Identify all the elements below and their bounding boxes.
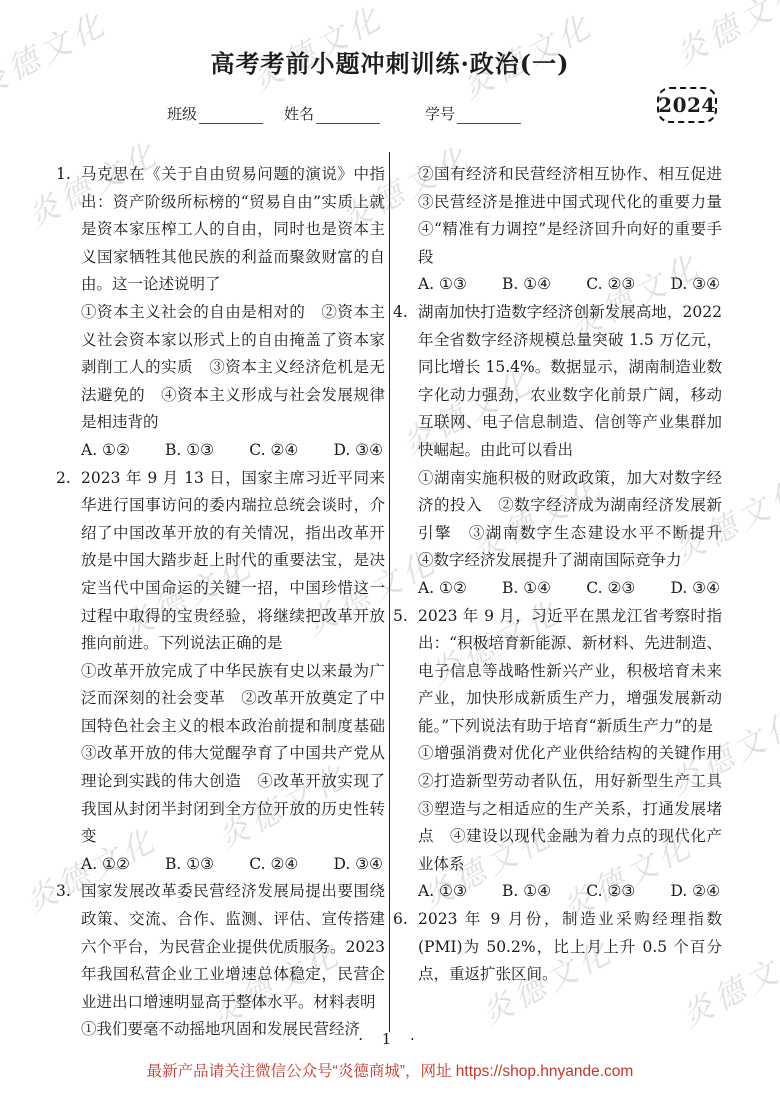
year-badge: 2024 bbox=[657, 87, 717, 123]
question-6-body: 2023 年 9 月份，制造业采购经理指数(PMI)为 50.2%，比上月上升 … bbox=[418, 906, 722, 989]
question-3: 3. 国家发展改革委民营经济发展局提出要围绕政策、交流、合作、监测、评估、宣传搭… bbox=[56, 878, 385, 1044]
question-2-body: 2023 年 9 月 13 日，国家主席习近平同来华进行国事访问的委内瑞拉总统会… bbox=[81, 465, 385, 879]
question-5: 5. 2023 年 9 月，习近平在黑龙江省考察时指出：“积极培育新能源、新材料… bbox=[393, 603, 722, 907]
question-1-body: 马克思在《关于自由贸易问题的演说》中指出：资产阶级所标榜的“贸易自由”实质上就是… bbox=[81, 161, 385, 465]
class-label: 班级 bbox=[167, 103, 197, 124]
question-1-choices: A. ①② B. ①③ C. ②④ D. ③④ bbox=[81, 437, 385, 465]
choice-d: D. ③④ bbox=[333, 437, 383, 465]
question-1-stem: 马克思在《关于自由贸易问题的演说》中指出：资产阶级所标榜的“贸易自由”实质上就是… bbox=[81, 161, 385, 299]
question-2-number: 2. bbox=[56, 465, 71, 493]
choice-d: D. ③④ bbox=[333, 851, 383, 879]
choice-a: A. ①② bbox=[418, 575, 467, 603]
name-blank-line bbox=[316, 105, 380, 124]
choice-c: C. ②④ bbox=[249, 437, 298, 465]
left-column: 1. 马克思在《关于自由贸易问题的演说》中指出：资产阶级所标榜的“贸易自由”实质… bbox=[56, 161, 385, 1044]
question-5-number: 5. bbox=[393, 603, 408, 631]
student-id-field: 学号 bbox=[425, 103, 521, 124]
question-3-choices: A. ①③ B. ①④ C. ②③ D. ③④ bbox=[418, 271, 722, 299]
question-6: 6. 2023 年 9 月份，制造业采购经理指数(PMI)为 50.2%，比上月… bbox=[393, 906, 722, 989]
name-label: 姓名 bbox=[284, 103, 314, 124]
choice-a: A. ①③ bbox=[418, 878, 467, 906]
question-5-body: 2023 年 9 月，习近平在黑龙江省考察时指出：“积极培育新能源、新材料、先进… bbox=[418, 603, 722, 907]
choice-b: B. ①③ bbox=[165, 851, 214, 879]
question-1-items: ①资本主义社会的自由是相对的 ②资本主义社会资本家以形式上的自由掩盖了资本家剥削… bbox=[81, 299, 385, 437]
question-5-choices: A. ①③ B. ①④ C. ②③ D. ②④ bbox=[418, 878, 722, 906]
right-column: ②国有经济和民营经济相互协作、相互促进 ③民营经济是推进中国式现代化的重要力量 … bbox=[393, 161, 722, 1044]
choice-d: D. ③④ bbox=[670, 271, 720, 299]
question-3-body: 国家发展改革委民营经济发展局提出要围绕政策、交流、合作、监测、评估、宣传搭建六个… bbox=[81, 878, 385, 1044]
choice-b: B. ①④ bbox=[502, 878, 551, 906]
question-2-choices: A. ①② B. ①③ C. ②④ D. ③④ bbox=[81, 851, 385, 879]
question-3-items-continued: ②国有经济和民营经济相互协作、相互促进 ③民营经济是推进中国式现代化的重要力量 … bbox=[418, 161, 722, 271]
question-1: 1. 马克思在《关于自由贸易问题的演说》中指出：资产阶级所标榜的“贸易自由”实质… bbox=[56, 161, 385, 465]
choice-d: D. ②④ bbox=[670, 878, 720, 906]
question-2-stem: 2023 年 9 月 13 日，国家主席习近平同来华进行国事访问的委内瑞拉总统会… bbox=[81, 465, 385, 658]
student-info-row: 班级 姓名 学号 bbox=[167, 103, 521, 124]
choice-b: B. ①④ bbox=[502, 271, 551, 299]
student-id-label: 学号 bbox=[425, 103, 455, 124]
question-6-stem: 2023 年 9 月份，制造业采购经理指数(PMI)为 50.2%，比上月上升 … bbox=[418, 906, 722, 989]
question-3-continued-body: ②国有经济和民营经济相互协作、相互促进 ③民营经济是推进中国式现代化的重要力量 … bbox=[418, 161, 722, 299]
choice-a: A. ①② bbox=[81, 851, 130, 879]
question-4: 4. 湖南加快打造数字经济创新发展高地，2022 年全省数字经济规模总量突破 1… bbox=[393, 299, 722, 603]
name-field: 姓名 bbox=[284, 103, 380, 124]
header: 高考考前小题冲刺训练·政治(一) 班级 姓名 学号 2024 bbox=[0, 0, 780, 160]
choice-b: B. ①④ bbox=[502, 575, 551, 603]
question-2: 2. 2023 年 9 月 13 日，国家主席习近平同来华进行国事访问的委内瑞拉… bbox=[56, 465, 385, 879]
question-3-number: 3. bbox=[56, 878, 71, 906]
question-4-stem: 湖南加快打造数字经济创新发展高地，2022 年全省数字经济规模总量突破 1.5 … bbox=[418, 299, 722, 465]
question-4-body: 湖南加快打造数字经济创新发展高地，2022 年全省数字经济规模总量突破 1.5 … bbox=[418, 299, 722, 603]
question-4-items: ①湖南实施积极的财政政策，加大对数字经济的投入 ②数字经济成为湖南经济发展新引擎… bbox=[418, 465, 722, 575]
choice-a: A. ①② bbox=[81, 437, 130, 465]
choice-d: D. ③④ bbox=[670, 575, 720, 603]
question-6-number: 6. bbox=[393, 906, 408, 934]
question-5-stem: 2023 年 9 月，习近平在黑龙江省考察时指出：“积极培育新能源、新材料、先进… bbox=[418, 603, 722, 741]
question-3-stem: 国家发展改革委民营经济发展局提出要围绕政策、交流、合作、监测、评估、宣传搭建六个… bbox=[81, 878, 385, 1016]
question-4-number: 4. bbox=[393, 299, 408, 327]
page-number: · 1 · bbox=[0, 1030, 780, 1048]
student-id-blank-line bbox=[457, 105, 521, 124]
question-1-number: 1. bbox=[56, 161, 71, 189]
questions-area: 1. 马克思在《关于自由贸易问题的演说》中指出：资产阶级所标榜的“贸易自由”实质… bbox=[56, 161, 722, 1044]
column-divider bbox=[389, 152, 390, 1032]
question-3-continued: ②国有经济和民营经济相互协作、相互促进 ③民营经济是推进中国式现代化的重要力量 … bbox=[393, 161, 722, 299]
class-blank-line bbox=[199, 105, 263, 124]
question-5-items: ①增强消费对优化产业供给结构的关键作用 ②打造新型劳动者队伍，用好新型生产工具 … bbox=[418, 740, 722, 878]
choice-c: C. ②③ bbox=[586, 878, 635, 906]
question-4-choices: A. ①② B. ①④ C. ②③ D. ③④ bbox=[418, 575, 722, 603]
exam-paper-page: 炎德文化 炎德文化 炎德文化 炎德文化 炎德文化 炎德文化 炎德文化 炎德文化 … bbox=[0, 0, 780, 1098]
footer-promo: 最新产品请关注微信公众号“炎德商城”，网址 https://shop.hnyan… bbox=[0, 1059, 780, 1081]
choice-c: C. ②③ bbox=[586, 271, 635, 299]
choice-c: C. ②③ bbox=[586, 575, 635, 603]
choice-b: B. ①③ bbox=[165, 437, 214, 465]
choice-c: C. ②④ bbox=[249, 851, 298, 879]
page-title: 高考考前小题冲刺训练·政治(一) bbox=[0, 44, 780, 79]
question-2-items: ①改革开放完成了中华民族有史以来最为广泛而深刻的社会变革 ②改革开放奠定了中国特… bbox=[81, 658, 385, 851]
class-field: 班级 bbox=[167, 103, 263, 124]
choice-a: A. ①③ bbox=[418, 271, 467, 299]
